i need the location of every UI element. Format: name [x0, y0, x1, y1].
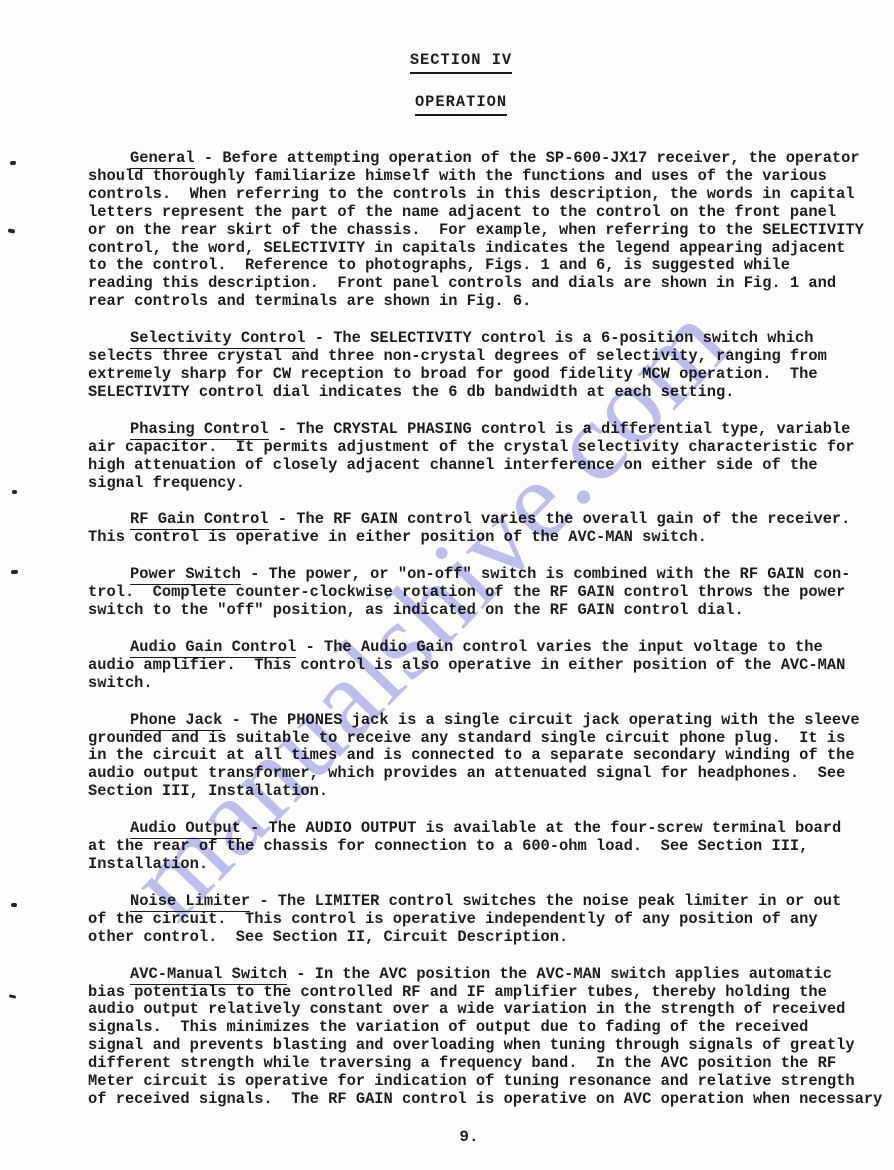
paragraph-noise-limiter: Noise Limiter - The LIMITER control swit… — [88, 893, 888, 947]
paragraph-general: General - Before attempting operation of… — [88, 150, 888, 311]
page-footer: 9. — [22, 1128, 894, 1146]
paragraph-phone-jack: Phone Jack - The PHONES jack is a single… — [88, 712, 888, 802]
paragraph-body: - Before attempting operation of the SP-… — [88, 149, 864, 310]
paragraph-rf-gain-control: RF Gain Control - The RF GAIN control va… — [88, 511, 888, 547]
section-heading: SECTION IV — [14, 50, 894, 74]
manual-page: SECTION IV OPERATION General - Before at… — [0, 0, 894, 1170]
page-title: OPERATION — [14, 92, 894, 116]
section-heading-text: SECTION IV — [410, 50, 512, 74]
paragraph-audio-gain-control: Audio Gain Control - The Audio Gain cont… — [88, 639, 888, 693]
paragraph-power-switch: Power Switch - The power, or "on-off" sw… — [88, 566, 888, 620]
body-text: General - Before attempting operation of… — [0, 150, 894, 1109]
scan-speck — [11, 903, 17, 907]
page-header: SECTION IV OPERATION — [14, 0, 894, 116]
paragraph-phasing-control: Phasing Control - The CRYSTAL PHASING co… — [88, 421, 888, 493]
paragraph-audio-output: Audio Output - The AUDIO OUTPUT is avail… — [88, 820, 888, 874]
paragraph-body: - In the AVC position the AVC-MAN switch… — [88, 965, 882, 1108]
page-number: 9. — [459, 1128, 478, 1146]
scan-speck — [12, 490, 17, 494]
paragraph-selectivity-control: Selectivity Control - The SELECTIVITY co… — [88, 330, 888, 402]
paragraph-avc-manual-switch: AVC-Manual Switch - In the AVC position … — [88, 966, 888, 1109]
page-title-text: OPERATION — [415, 92, 507, 116]
